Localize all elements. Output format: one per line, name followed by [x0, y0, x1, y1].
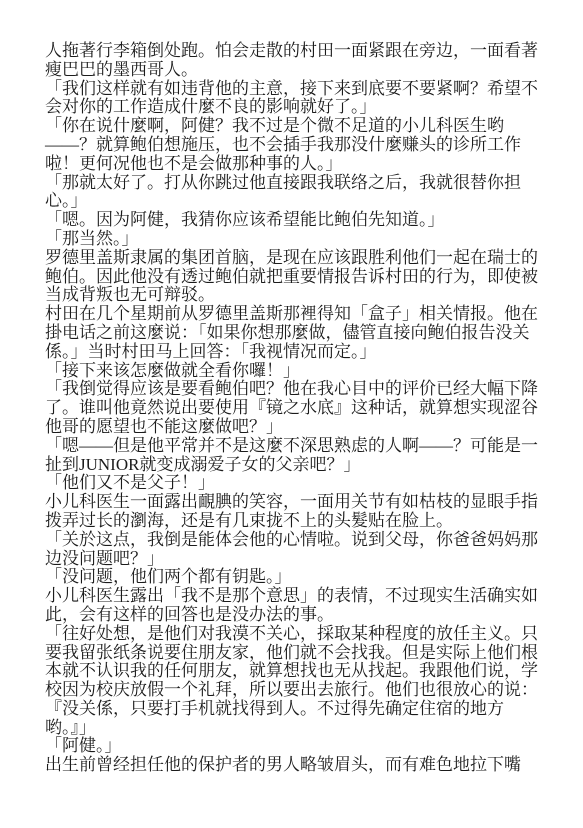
text-line: 人拖著行李箱倒处跑。怕会走散的村田一面紧跟在旁边，一面看著 [45, 42, 545, 61]
text-line: 係。」当时村田马上回答：「我视情况而定。」 [45, 343, 545, 362]
text-line: 「阿健。」 [45, 737, 545, 756]
text-line: 当成背叛也无可辩驳。 [45, 286, 545, 305]
text-line: 啦！更何况他也不是会做那种事的人。」 [45, 155, 545, 174]
text-line: 「那就太好了。打从你跳过他直接跟我联络之后，我就很替你担 [45, 174, 545, 193]
text-line: 了。谁叫他竟然说出要使用『镜之水底』这种话，就算想实现涩谷 [45, 399, 545, 418]
text-line: 「往好处想，是他们对我漠不关心，採取某种程度的放任主义。只 [45, 625, 545, 644]
text-line: 「我们这样就有如违背他的主意，接下来到底要不要紧啊？希望不 [45, 80, 545, 99]
text-line: 「你在说什麼啊，阿健？我不过是个微不足道的小儿科医生哟 [45, 117, 545, 136]
text-line: 出生前曾经担任他的保护者的男人略皱眉头，而有难色地拉下嘴 [45, 756, 545, 775]
text-line: 「嗯。因为阿健，我猜你应该希望能比鲍伯先知道。」 [45, 211, 545, 230]
text-line: 校因为校庆放假一个礼拜，所以要出去旅行。他们也很放心的说： [45, 681, 545, 700]
text-block: 人拖著行李箱倒处跑。怕会走散的村田一面紧跟在旁边，一面看著瘦巴巴的墨西哥人。「我… [45, 42, 545, 775]
text-line: 『没关係，只要打手机就找得到人。不过得先确定住宿的地方 [45, 700, 545, 719]
text-line: 要我留张纸条说要住朋友家，他们就不会找我。但是实际上他们根 [45, 644, 545, 663]
text-line: 村田在几个星期前从罗德里盖斯那裡得知「盒子」相关情报。他在 [45, 305, 545, 324]
document-page: 人拖著行李箱倒处跑。怕会走散的村田一面紧跟在旁边，一面看著瘦巴巴的墨西哥人。「我… [0, 0, 583, 828]
text-line: 掛电话之前这麼说：「如果你想那麼做，儘管直接向鲍伯报告没关 [45, 324, 545, 343]
text-line: 「嗯——但是他平常并不是这麼不深思熟虑的人啊——？可能是一 [45, 437, 545, 456]
text-line: 罗德里盖斯隶属的集团首脑，是现在应该跟胜利他们一起在瑞士的 [45, 249, 545, 268]
text-line: 此，会有这样的回答也是没办法的事。 [45, 606, 545, 625]
text-line: 「那当然。」 [45, 230, 545, 249]
text-line: 「我倒觉得应该是要看鲍伯吧？他在我心目中的评价已经大幅下降 [45, 380, 545, 399]
text-line: 扯到JUNIOR就变成溺爱子女的父亲吧？」 [45, 456, 545, 475]
text-line: 哟。』」 [45, 719, 545, 738]
text-line: 鲍伯。因此他没有透过鲍伯就把重要情报告诉村田的行为，即使被 [45, 268, 545, 287]
text-line: 拨弄过长的瀏海，还是有几束拢不上的头髮贴在脸上。 [45, 512, 545, 531]
text-line: 小儿科医生一面露出靦腆的笑容，一面用关节有如枯枝的显眼手指 [45, 493, 545, 512]
text-line: 心。」 [45, 192, 545, 211]
text-line: 「他们又不是父子！」 [45, 474, 545, 493]
text-line: 边没问题吧？」 [45, 550, 545, 569]
text-line: 「接下来该怎麼做就全看你囉！」 [45, 362, 545, 381]
text-line: ——？就算鲍伯想施压，也不会插手我那没什麼赚头的诊所工作 [45, 136, 545, 155]
text-line: 「没问题，他们两个都有钥匙。」 [45, 568, 545, 587]
text-line: 小儿科医生露出「我不是那个意思」的表情，不过现实生活确实如 [45, 587, 545, 606]
text-line: 瘦巴巴的墨西哥人。 [45, 61, 545, 80]
text-line: 「关於这点，我倒是能体会他的心情啦。说到父母，你爸爸妈妈那 [45, 531, 545, 550]
text-line: 本就不认识我的任何朋友，就算想找也无从找起。我跟他们说，学 [45, 662, 545, 681]
text-line: 会对你的工作造成什麼不良的影响就好了。」 [45, 98, 545, 117]
text-line: 他哥的愿望也不能这麼做吧？」 [45, 418, 545, 437]
